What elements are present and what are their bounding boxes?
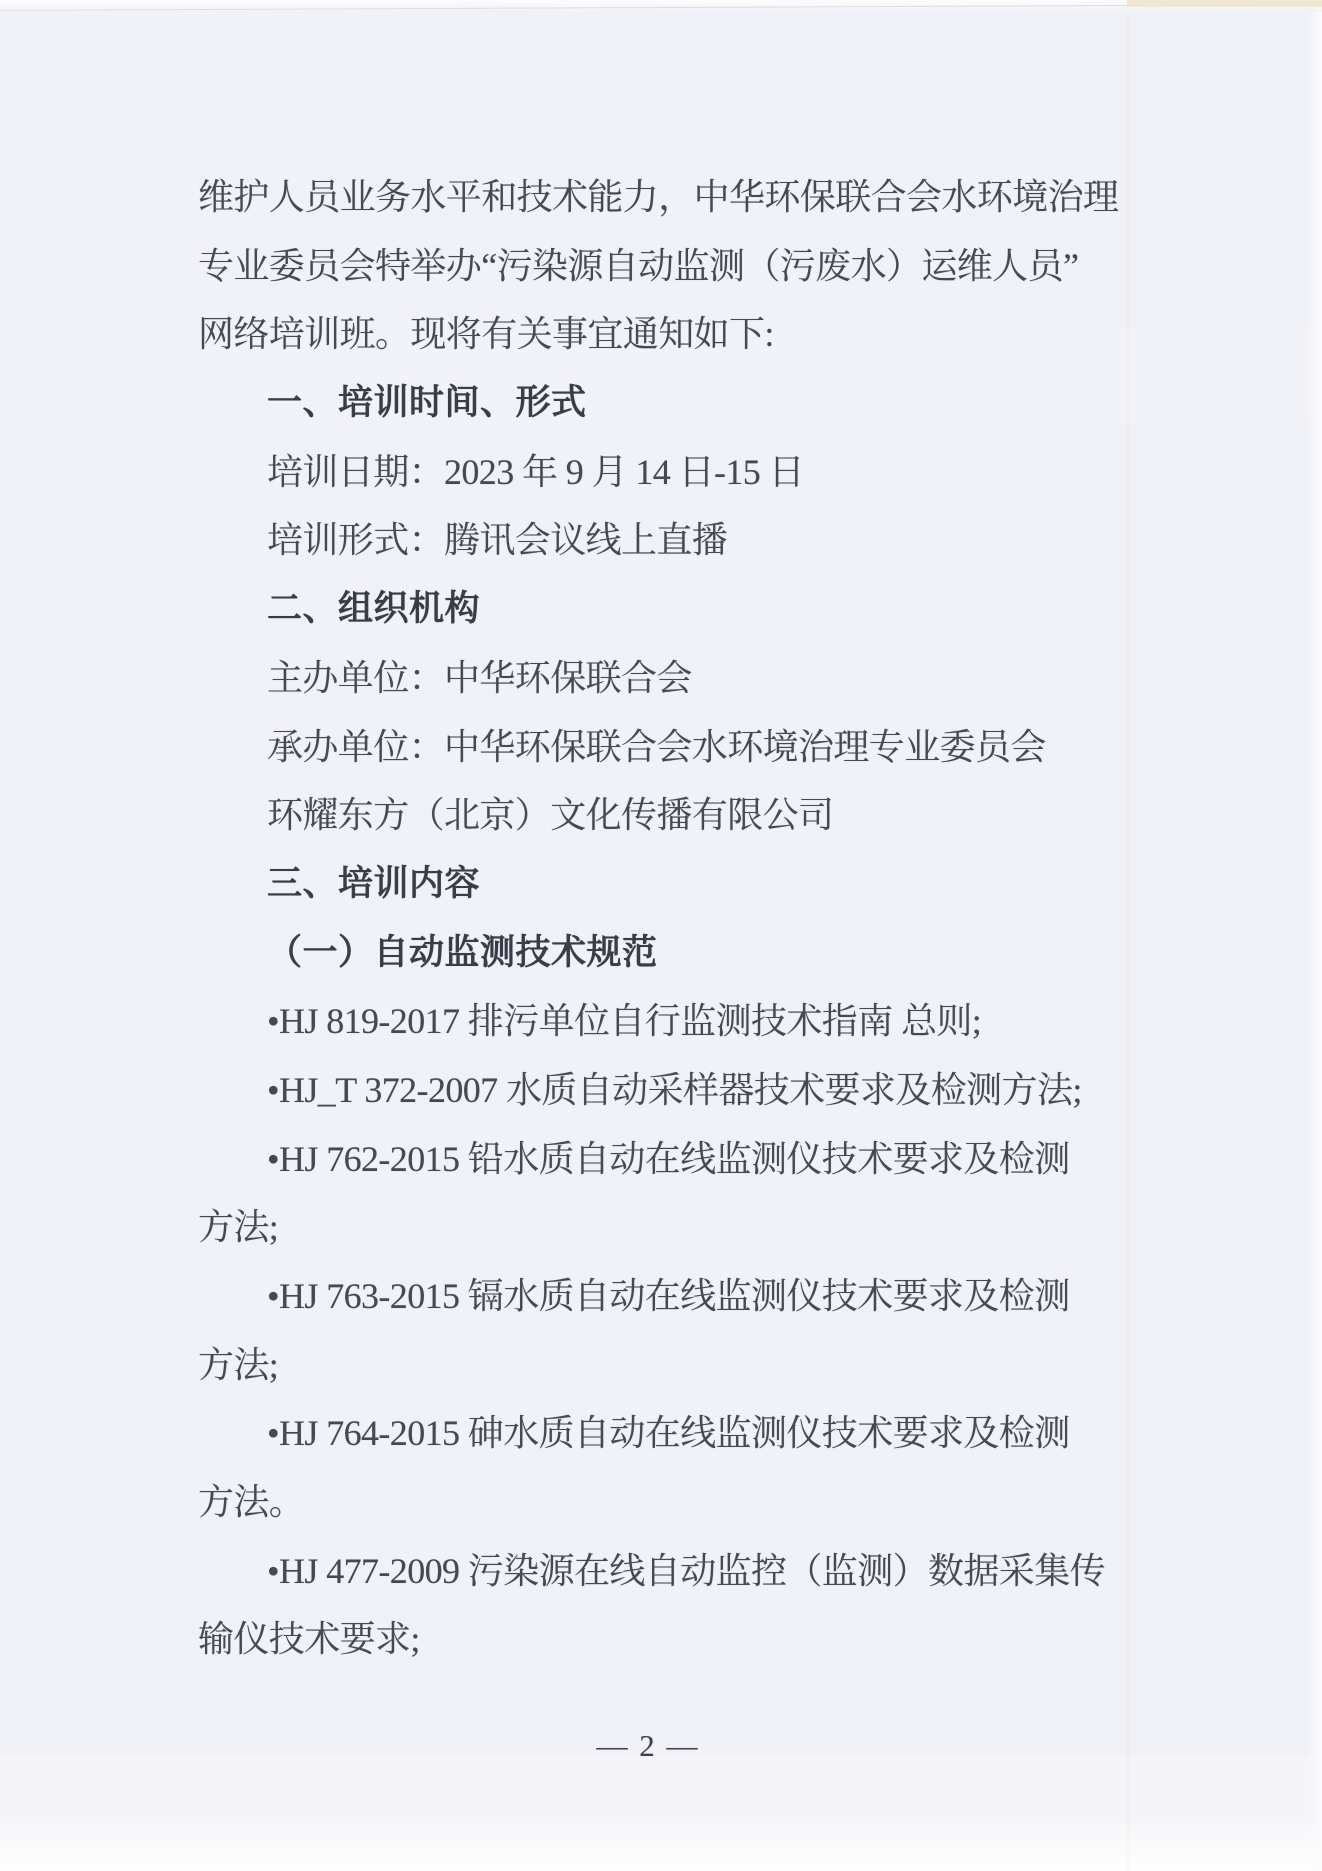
scanned-document-page: 维护人员业务水平和技术能力，中华环保联合会水环境治理专业委员会特举办“污染源自动…: [0, 0, 1322, 1871]
document-line: 三、培训内容: [198, 850, 1258, 919]
document-line: 培训形式：腾讯会议线上直播: [198, 506, 1258, 575]
document-line: 输仪技术要求;: [198, 1605, 1258, 1674]
document-line: 方法;: [198, 1331, 1258, 1400]
document-line: •HJ 477-2009 污染源在线自动监控（监测）数据采集传: [198, 1537, 1258, 1606]
document-line: 环耀东方（北京）文化传播有限公司: [198, 781, 1258, 850]
document-line: 网络培训班。现将有关事宜通知如下:: [198, 300, 1258, 369]
scan-right-edge: [1308, 0, 1322, 1871]
scan-top-right-sliver: [1127, 0, 1322, 7]
scan-band-bottom: [0, 1823, 1322, 1871]
document-line: 方法;: [198, 1193, 1258, 1262]
document-line: •HJ 819-2017 排污单位自行监测技术指南 总则;: [198, 987, 1258, 1056]
document-line: 二、组织机构: [198, 575, 1258, 644]
page-number: — 2 —: [597, 1728, 700, 1764]
document-line: 专业委员会特举办“污染源自动监测（污废水）运维人员”: [198, 232, 1258, 301]
document-line: •HJ 762-2015 铅水质自动在线监测仪技术要求及检测: [198, 1125, 1258, 1194]
document-line: 培训日期：2023 年 9 月 14 日-15 日: [198, 438, 1258, 507]
scan-band-low: [0, 1756, 1322, 1826]
document-line: 一、培训时间、形式: [198, 369, 1258, 438]
document-line: 承办单位：中华环保联合会水环境治理专业委员会: [198, 713, 1258, 782]
scan-top-edge: [0, 0, 1322, 12]
document-line: •HJ 763-2015 镉水质自动在线监测仪技术要求及检测: [198, 1262, 1258, 1331]
document-line: •HJ_T 372-2007 水质自动采样器技术要求及检测方法;: [198, 1056, 1258, 1125]
document-line: 方法。: [198, 1468, 1258, 1537]
document-line: （一）自动监测技术规范: [198, 919, 1258, 988]
document-line: •HJ 764-2015 砷水质自动在线监测仪技术要求及检测: [198, 1399, 1258, 1468]
document-lines: 维护人员业务水平和技术能力，中华环保联合会水环境治理专业委员会特举办“污染源自动…: [198, 163, 1258, 1674]
document-line: 维护人员业务水平和技术能力，中华环保联合会水环境治理: [198, 163, 1258, 232]
document-line: 主办单位：中华环保联合会: [198, 644, 1258, 713]
